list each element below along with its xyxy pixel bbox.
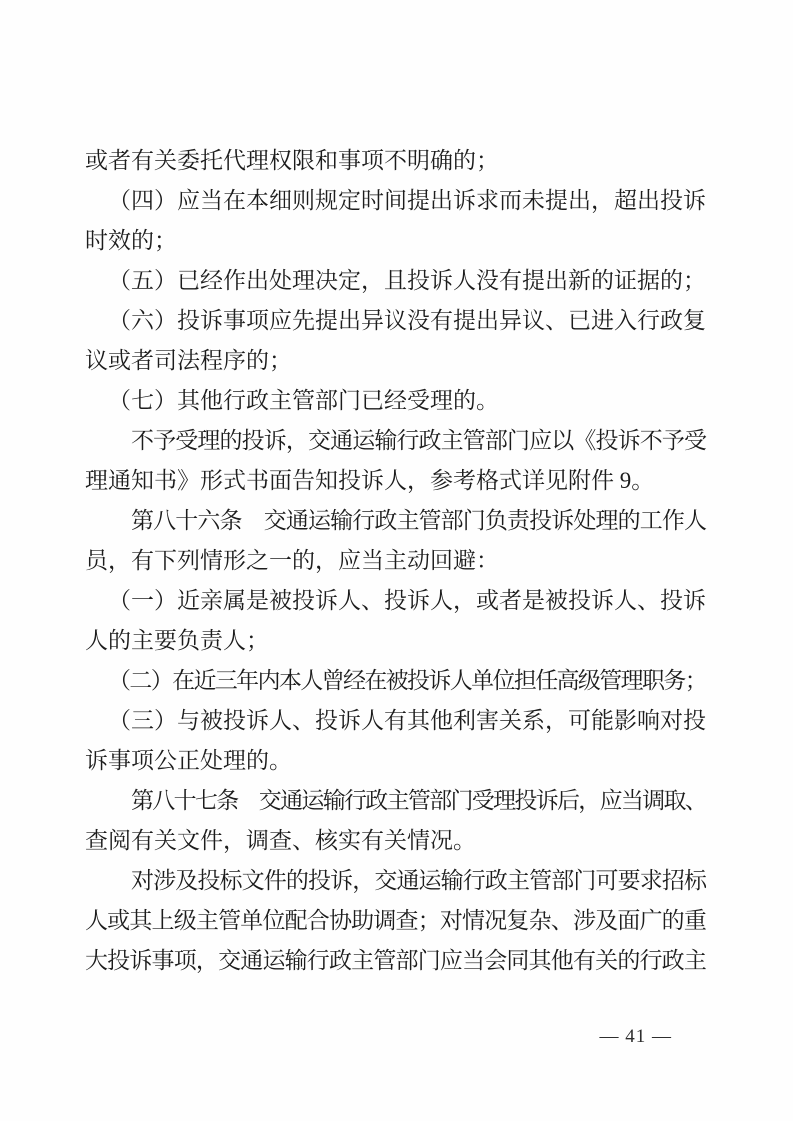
text-line: （七）其他行政主管部门已经受理的。 — [85, 381, 725, 421]
text-line: （一）近亲属是被投诉人、投诉人，或者是被投诉人、投诉 — [85, 581, 725, 621]
text-line: （六）投诉事项应先提出异议没有提出异议、已进入行政复 — [85, 301, 725, 341]
text-line: 员，有下列情形之一的，应当主动回避： — [85, 541, 725, 581]
text-line: （三）与被投诉人、投诉人有其他利害关系，可能影响对投 — [85, 701, 725, 741]
text-line: 大投诉事项，交通运输行政主管部门应当会同其他有关的行政主 — [85, 941, 725, 981]
text-content: 或者有关委托代理权限和事项不明确的；（四）应当在本细则规定时间提出诉求而未提出，… — [85, 141, 725, 981]
text-line: （四）应当在本细则规定时间提出诉求而未提出，超出投诉 — [85, 181, 725, 221]
text-line: 第八十六条 交通运输行政主管部门负责投诉处理的工作人 — [85, 501, 725, 541]
text-line: 议或者司法程序的； — [85, 341, 725, 381]
text-line: 理通知书》形式书面告知投诉人，参考格式详见附件 9。 — [85, 461, 725, 501]
text-line: 不予受理的投诉，交通运输行政主管部门应以《投诉不予受 — [85, 421, 725, 461]
text-line: 人或其上级主管单位配合协助调查；对情况复杂、涉及面广的重 — [85, 901, 725, 941]
text-line: 对涉及投标文件的投诉，交通运输行政主管部门可要求招标 — [85, 861, 725, 901]
text-line: （五）已经作出处理决定，且投诉人没有提出新的证据的； — [85, 261, 725, 301]
text-line: 查阅有关文件，调查、核实有关情况。 — [85, 821, 725, 861]
text-line: 时效的； — [85, 221, 725, 261]
text-line: 人的主要负责人； — [85, 621, 725, 661]
document-page: 或者有关委托代理权限和事项不明确的；（四）应当在本细则规定时间提出诉求而未提出，… — [0, 0, 793, 1121]
text-line: （二）在近三年内本人曾经在被投诉人单位担任高级管理职务； — [85, 661, 725, 701]
text-line: 第八十七条 交通运输行政主管部门受理投诉后，应当调取、 — [85, 781, 725, 821]
text-line: 诉事项公正处理的。 — [85, 741, 725, 781]
page-number: — 41 — — [600, 1026, 673, 1048]
text-line: 或者有关委托代理权限和事项不明确的； — [85, 141, 725, 181]
